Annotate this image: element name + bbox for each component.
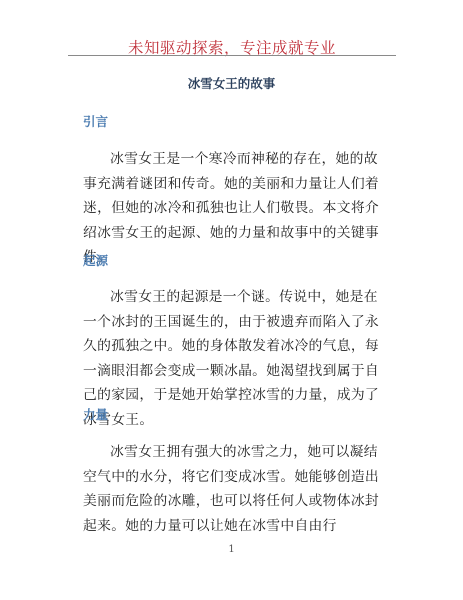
document-title: 冰雪女王的故事 [0,74,463,92]
header-divider [68,55,396,56]
paragraph-origin: 冰雪女王的起源是一个谜。传说中，她是在一个冰封的王国诞生的，由于被遗弃而陷入了永… [83,285,383,432]
section-heading-origin: 起源 [83,251,108,269]
paragraph-power: 冰雪女王拥有强大的冰雪之力，她可以凝结空气中的水分，将它们变成冰雪。她能够创造出… [83,440,383,538]
page-number: 1 [0,544,463,555]
section-heading-power: 力量 [83,405,108,423]
section-heading-introduction: 引言 [83,112,108,130]
paragraph-introduction: 冰雪女王是一个寒冷而神秘的存在，她的故事充满着谜团和传奇。她的美丽和力量让人们着… [83,147,383,270]
